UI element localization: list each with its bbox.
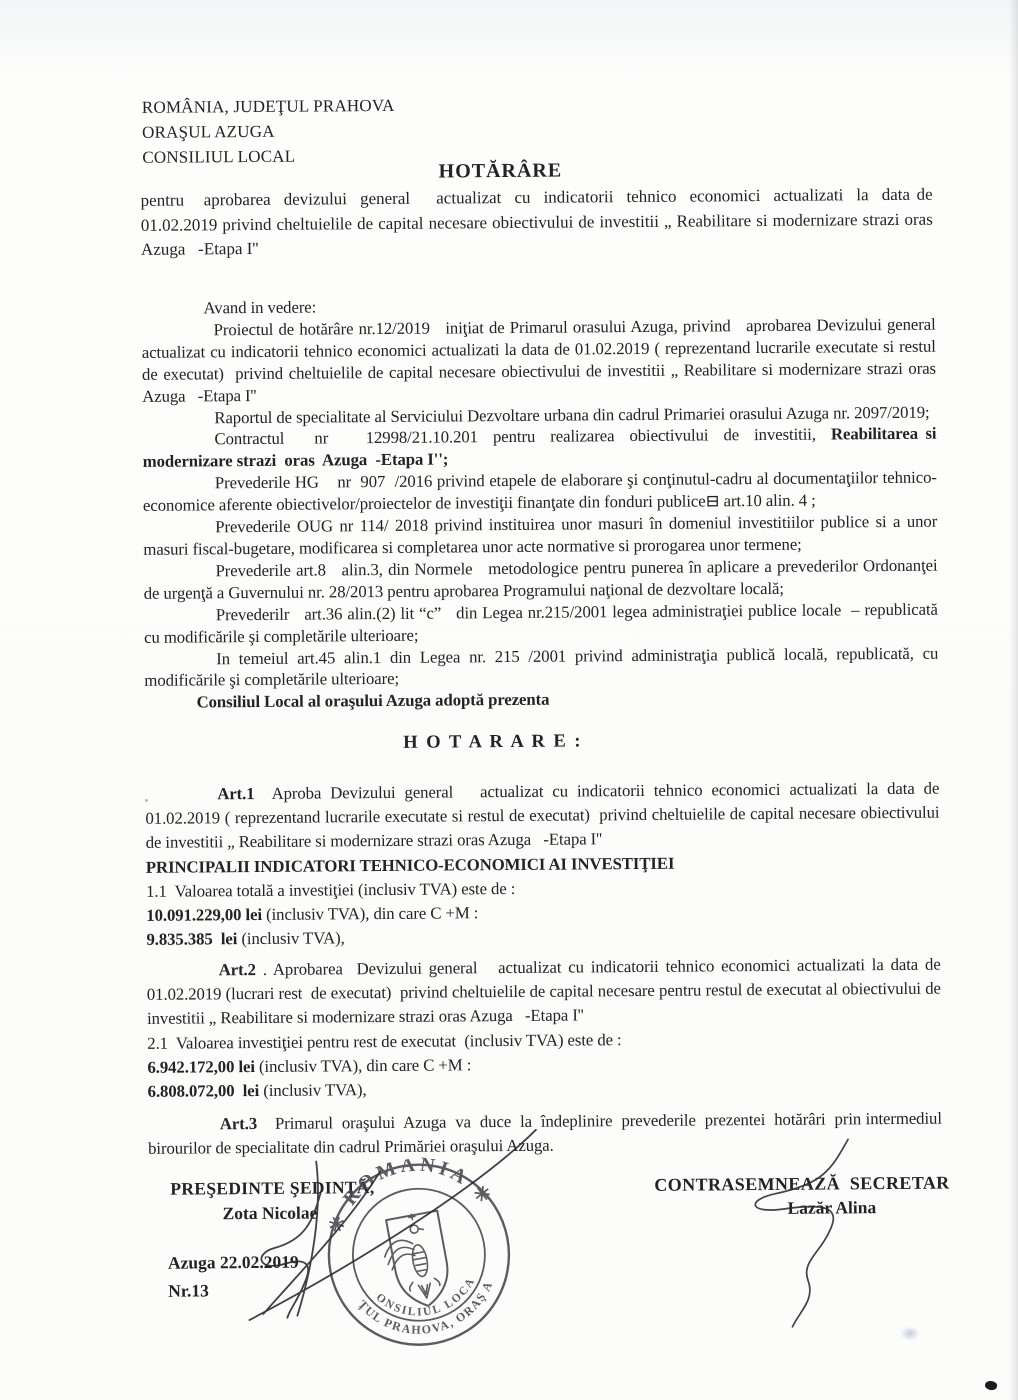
letterhead-country: ROMÂNIA, JUDEŢUL PRAHOVA	[142, 93, 395, 120]
secretary-signature	[730, 1133, 892, 1339]
secretary-role-label: CONTRASEMNEAZĂ SECRETAR	[654, 1173, 949, 1196]
article2-block: Art.2 . Aprobarea Devizului general actu…	[147, 953, 942, 1104]
preamble-block: Avand in vedere:Proiectul de hotărâre nr…	[141, 292, 938, 714]
article3-block: Art.3 Primarul oraşului Azuga va duce la…	[148, 1107, 942, 1162]
scanned-content: ROMÂNIA, JUDEŢUL PRAHOVA ORAŞUL AZUGA CO…	[0, 0, 1018, 1400]
article-3: Art.3 Primarul oraşului Azuga va duce la…	[148, 1107, 942, 1162]
preamble-item: Prevederile art.8 alin.3, din Normele me…	[143, 555, 937, 605]
value-rest-cm: 6.808.072,00 lei (inclusiv TVA),	[148, 1074, 942, 1104]
preamble-item: Prevederile HG nr 907 /2016 privind etap…	[143, 467, 937, 517]
preamble-item: Contractul nr 12998/21.10.201 pentru rea…	[142, 423, 936, 473]
preamble-item: In temeiul art.45 alin.1 din Legea nr. 2…	[144, 642, 938, 692]
ink-smudge	[900, 1326, 920, 1341]
preamble-item: Prevederilr art.36 alin.(2) lit “c” din …	[144, 598, 938, 648]
document-subtitle: pentru aprobarea devizului general actua…	[141, 183, 934, 263]
scan-edge-shadow	[1009, 0, 1018, 1400]
letterhead: ROMÂNIA, JUDEŢUL PRAHOVA ORAŞUL AZUGA CO…	[142, 93, 395, 170]
decision-title: H O T A R A R E :	[97, 729, 889, 756]
secretary-name: Lazăr Alina	[787, 1197, 876, 1219]
president-name: Zota Nicolae	[222, 1203, 317, 1225]
preamble-item: Proiectul de hotărâre nr.12/2019 iniţiat…	[142, 314, 937, 408]
ink-speck	[145, 799, 148, 802]
article-2: Art.2 . Aprobarea Devizului general actu…	[147, 953, 942, 1032]
letterhead-city: ORAŞUL AZUGA	[142, 118, 395, 145]
article1-block: Art.1 Aproba Devizului general actualiza…	[145, 777, 940, 953]
document-page: ROMÂNIA, JUDEŢUL PRAHOVA ORAŞUL AZUGA CO…	[0, 0, 1018, 1400]
article-1: Art.1 Aproba Devizului general actualiza…	[145, 777, 940, 856]
preamble-item: Prevederile OUG nr 114/ 2018 privind ins…	[143, 511, 937, 561]
value-cm: 9.835.385 lei (inclusiv TVA),	[146, 922, 940, 952]
place-date: Azuga 22.02.2019	[168, 1252, 299, 1274]
document-title: HOTĂRÂRE	[104, 157, 896, 186]
official-round-stamp-icon: ✳ ROMÂNIA ✳ JUDEŢUL PRAHOVA, ORAŞ AZUGA …	[307, 1143, 531, 1367]
decision-number: Nr.13	[168, 1280, 209, 1301]
